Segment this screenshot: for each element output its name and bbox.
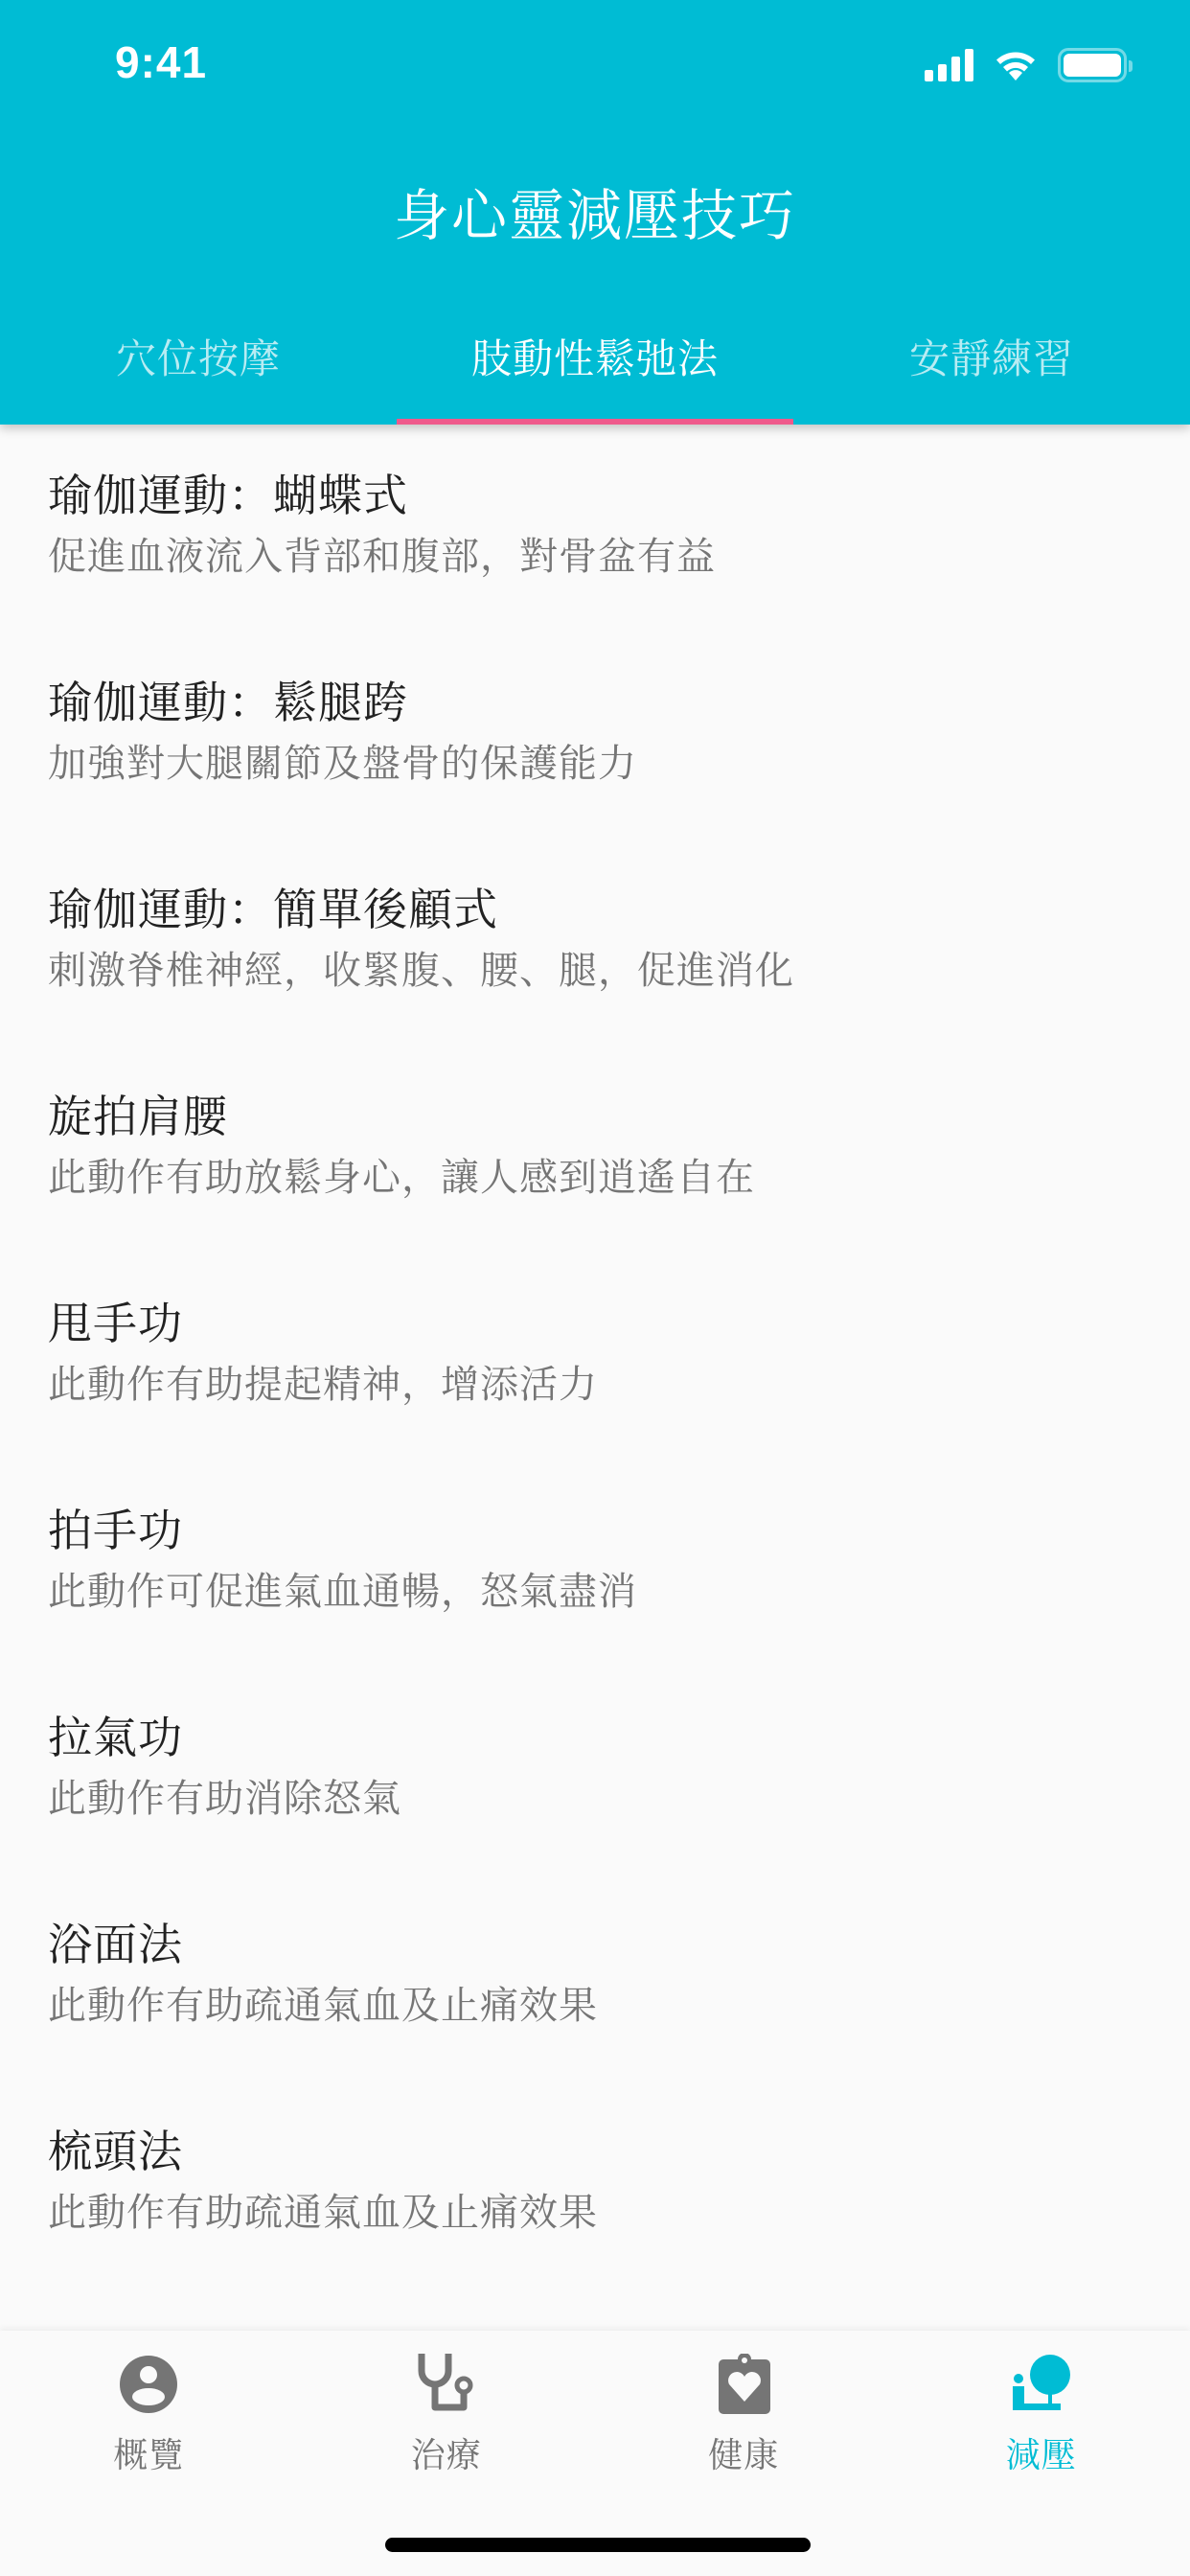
list-item[interactable]: 瑜伽運動：簡單後顧式 刺激脊椎神經，收緊腹、腰、腿，促進消化 bbox=[0, 839, 1190, 1046]
list-item[interactable]: 瑜伽運動：鬆腿跨 加強對大腿關節及盤骨的保護能力 bbox=[0, 632, 1190, 839]
nav-label: 減壓 bbox=[1006, 2428, 1077, 2477]
item-title: 拉氣功 bbox=[48, 1709, 1190, 1766]
item-title: 旋拍肩腰 bbox=[48, 1088, 1190, 1145]
item-title: 瑜伽運動：簡單後顧式 bbox=[48, 881, 1190, 938]
item-subtitle: 此動作有助疏通氣血及止痛效果 bbox=[48, 2186, 1190, 2240]
item-title: 浴面法 bbox=[48, 1916, 1190, 1973]
list-item[interactable]: 瑜伽運動：蝴蝶式 促進血液流入背部和腹部，對骨盆有益 bbox=[0, 425, 1190, 632]
home-indicator[interactable] bbox=[385, 2538, 811, 2552]
item-title: 拍手功 bbox=[48, 1502, 1190, 1559]
item-subtitle: 刺激脊椎神經，收緊腹、腰、腿，促進消化 bbox=[48, 944, 1190, 998]
item-subtitle: 加強對大腿關節及盤骨的保護能力 bbox=[48, 737, 1190, 791]
active-tab-indicator bbox=[397, 419, 793, 425]
item-subtitle: 此動作可促進氣血通暢，怒氣盡消 bbox=[48, 1565, 1190, 1619]
list-item[interactable]: 旋拍肩腰 此動作有助放鬆身心，讓人感到逍遙自在 bbox=[0, 1046, 1190, 1253]
list-item[interactable]: 甩手功 此動作有助提起精神，增添活力 bbox=[0, 1253, 1190, 1460]
wifi-icon bbox=[993, 48, 1039, 82]
tab-acupressure[interactable]: 穴位按摩 bbox=[0, 316, 397, 425]
tab-limb-relaxation[interactable]: 肢動性鬆弛法 bbox=[397, 316, 793, 425]
app-header: 9:41 身心靈減壓技巧 穴位按摩 肢動性鬆弛法 安靜練習 bbox=[0, 0, 1190, 425]
exercise-list: 瑜伽運動：蝴蝶式 促進血液流入背部和腹部，對骨盆有益 瑜伽運動：鬆腿跨 加強對大… bbox=[0, 425, 1190, 2288]
nav-stress-relief[interactable]: 減壓 bbox=[893, 2331, 1190, 2576]
signal-icon bbox=[925, 49, 973, 81]
item-subtitle: 此動作有助疏通氣血及止痛效果 bbox=[48, 1979, 1190, 2033]
item-subtitle: 促進血液流入背部和腹部，對骨盆有益 bbox=[48, 530, 1190, 584]
item-title: 瑜伽運動：鬆腿跨 bbox=[48, 674, 1190, 731]
nav-label: 治療 bbox=[411, 2428, 482, 2477]
list-item[interactable]: 梳頭法 此動作有助疏通氣血及止痛效果 bbox=[0, 2081, 1190, 2288]
item-subtitle: 此動作有助放鬆身心，讓人感到逍遙自在 bbox=[48, 1151, 1190, 1205]
item-title: 梳頭法 bbox=[48, 2123, 1190, 2180]
page-title: 身心靈減壓技巧 bbox=[0, 171, 1190, 251]
list-item[interactable]: 拍手功 此動作可促進氣血通暢，怒氣盡消 bbox=[0, 1460, 1190, 1667]
item-title: 瑜伽運動：蝴蝶式 bbox=[48, 467, 1190, 524]
nav-overview[interactable]: 概覽 bbox=[0, 2331, 298, 2576]
tab-quiet-practice[interactable]: 安靜練習 bbox=[793, 316, 1190, 425]
list-item[interactable]: 浴面法 此動作有助疏通氣血及止痛效果 bbox=[0, 1874, 1190, 2081]
nav-label: 健康 bbox=[708, 2428, 779, 2477]
nav-label: 概覽 bbox=[113, 2428, 184, 2477]
item-subtitle: 此動作有助提起精神，增添活力 bbox=[48, 1358, 1190, 1412]
account-circle-icon bbox=[118, 2354, 179, 2415]
tab-bar: 穴位按摩 肢動性鬆弛法 安靜練習 bbox=[0, 316, 1190, 425]
item-title: 甩手功 bbox=[48, 1295, 1190, 1352]
app-screen: 9:41 身心靈減壓技巧 穴位按摩 肢動性鬆弛法 安靜練習 瑜伽運動：蝴蝶式 促… bbox=[0, 0, 1190, 2576]
status-icons bbox=[925, 46, 1127, 84]
list-item[interactable]: 拉氣功 此動作有助消除怒氣 bbox=[0, 1667, 1190, 1874]
status-time: 9:41 bbox=[115, 36, 207, 88]
person-tree-icon bbox=[1011, 2354, 1072, 2415]
stethoscope-icon bbox=[416, 2354, 477, 2415]
item-subtitle: 此動作有助消除怒氣 bbox=[48, 1772, 1190, 1826]
clipboard-heart-icon bbox=[713, 2354, 774, 2415]
battery-icon bbox=[1058, 48, 1127, 82]
